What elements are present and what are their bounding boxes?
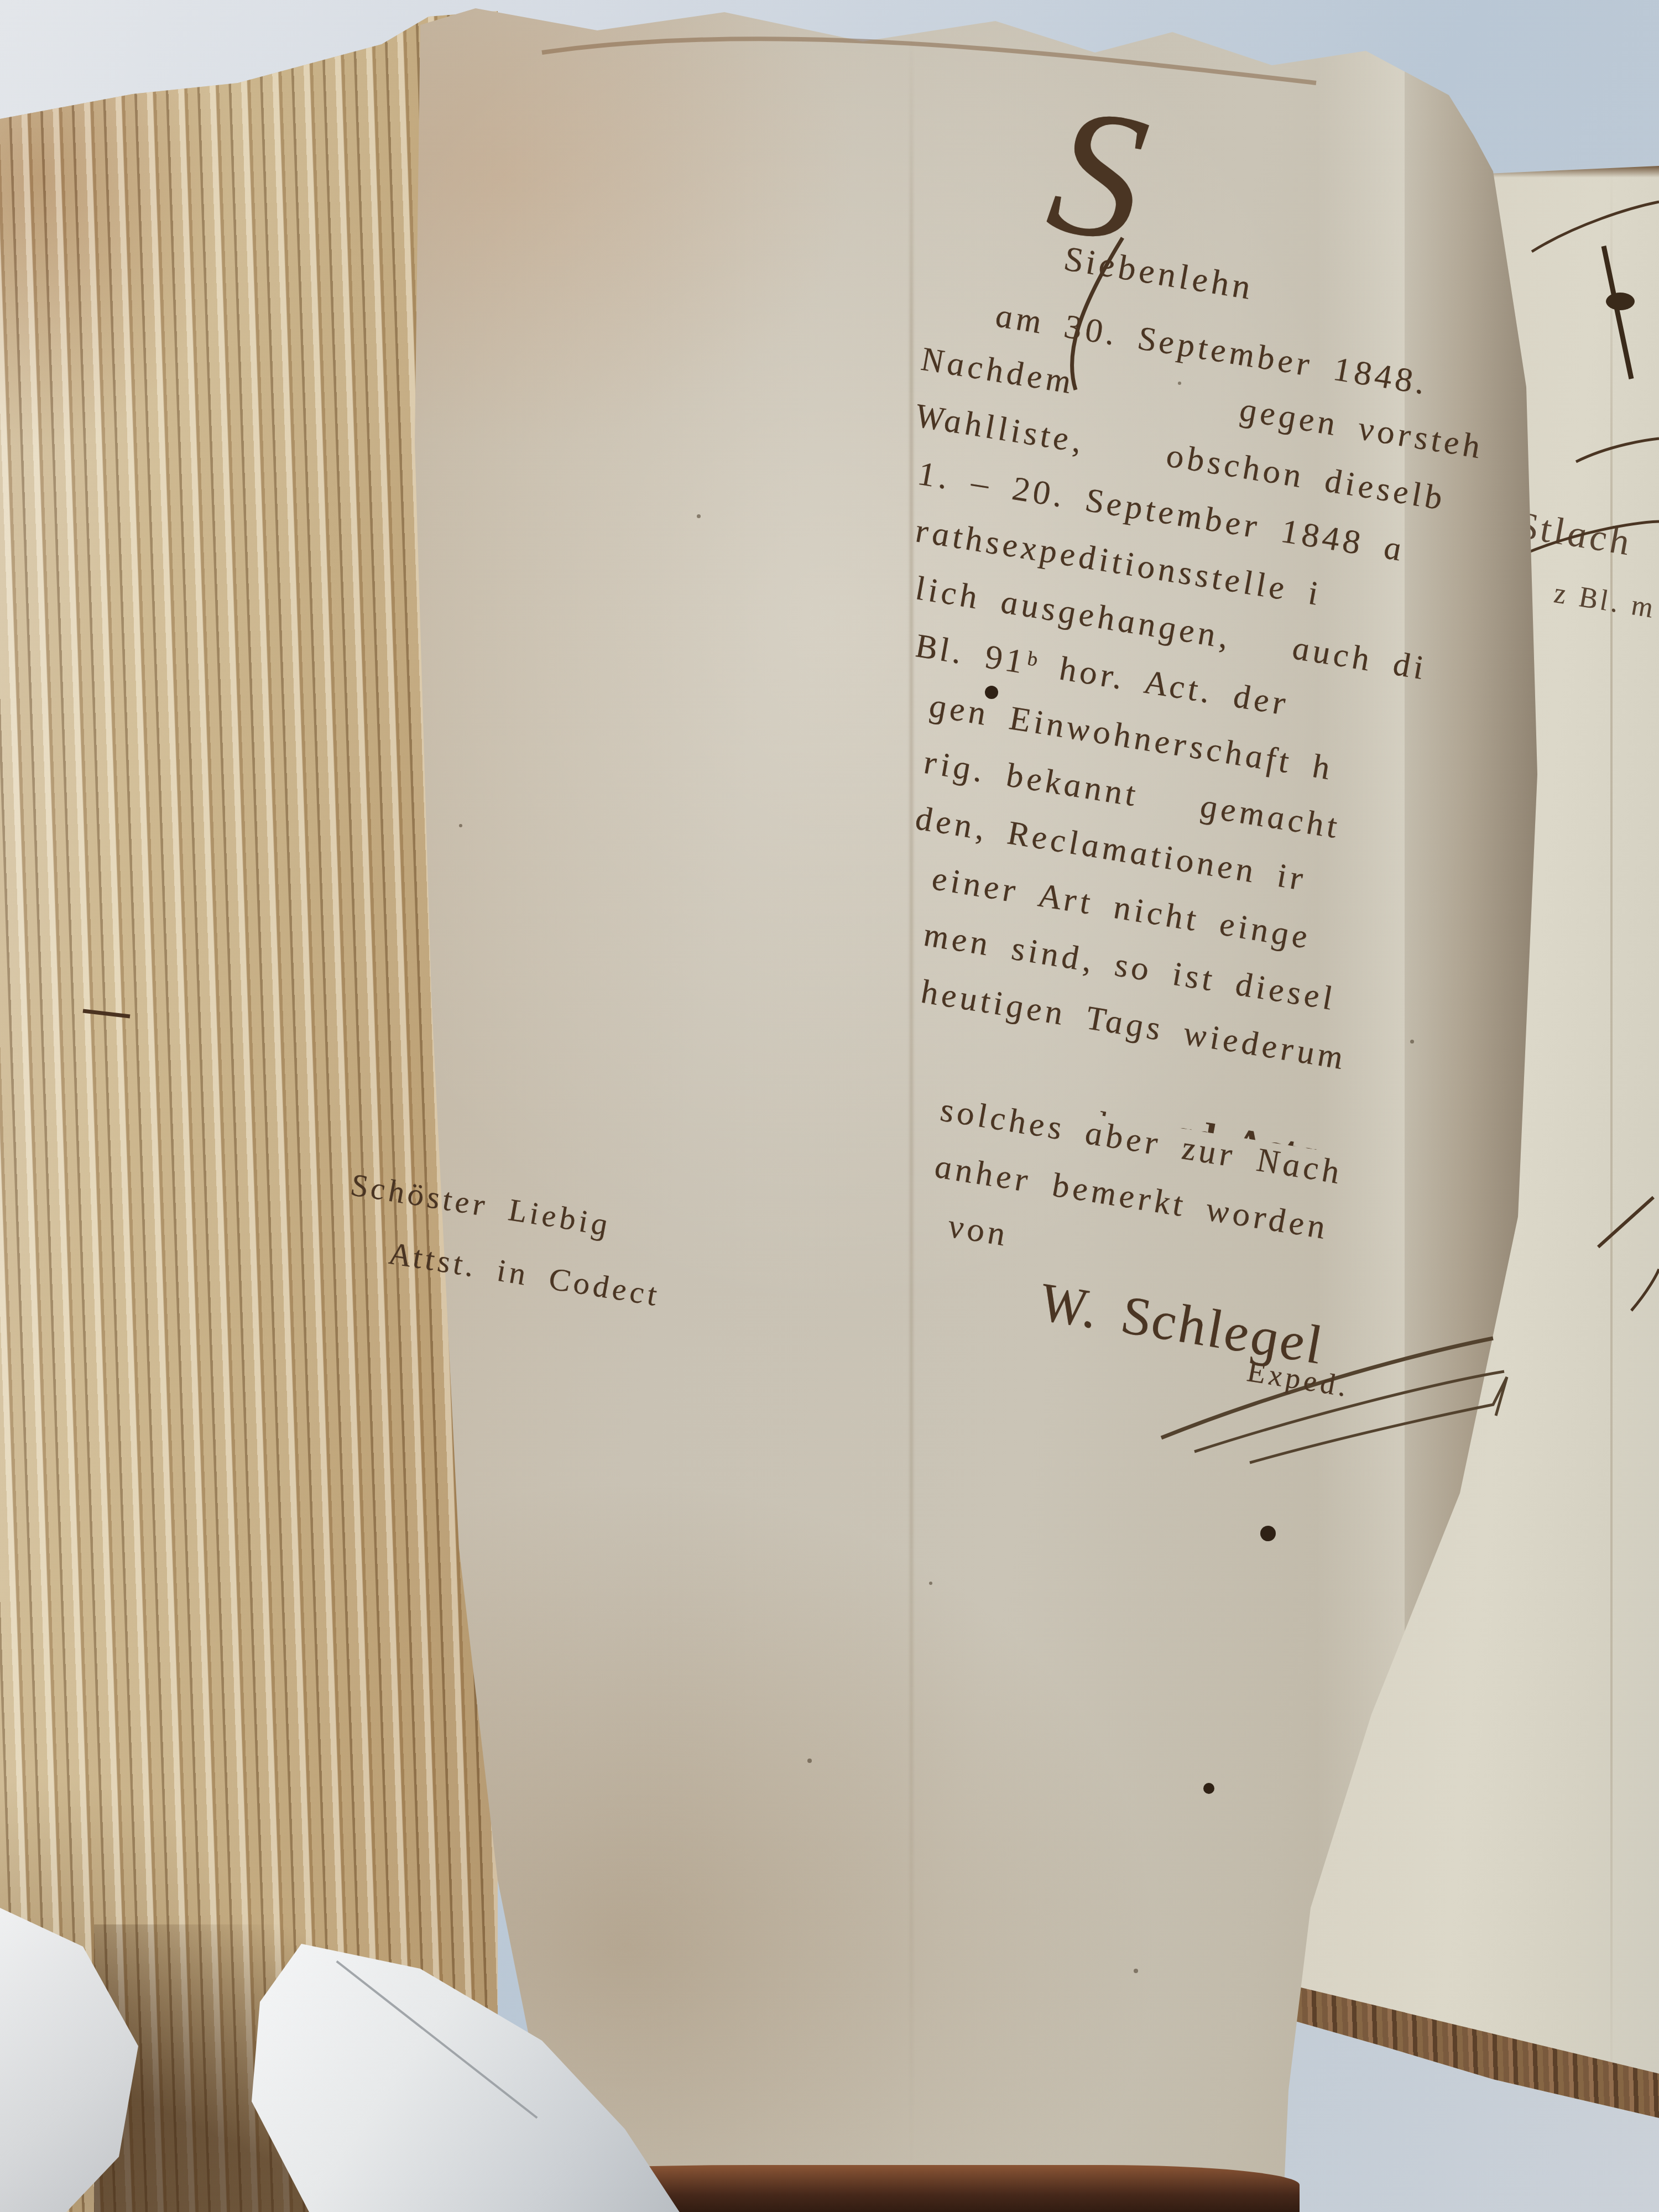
manuscript-photo: Stlach z Bl. m S Siebenlehn am 30. Septe… — [0, 0, 1659, 2212]
ink-blot — [1203, 1783, 1214, 1794]
margin-dash-mark — [83, 1011, 130, 1016]
body-text-block: Nachdem gegen vorsteh Wahlliste, obschon… — [915, 338, 1507, 1352]
ink-blot — [1260, 1526, 1276, 1541]
top-edge-stain — [542, 39, 1316, 83]
